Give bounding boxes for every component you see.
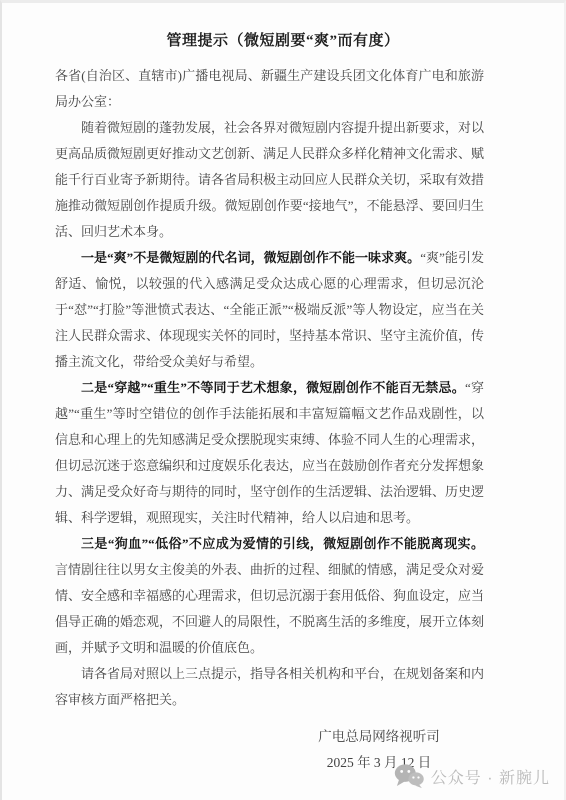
scanned-document-page: 管理提示（微短剧要“爽”而有度） 各省(自治区、直辖市)广播电视局、新疆生产建设… <box>0 0 566 800</box>
paragraph-point-2: 二是“穿越”“重生”不等同于艺术想象，微短剧创作不能百无禁忌。“穿越”“重生”等… <box>55 375 484 531</box>
salutation: 各省(自治区、直辖市)广播电视局、新疆生产建设兵团文化体育广电和旅游局办公室： <box>55 63 484 115</box>
paragraph-text: 随着微短剧的蓬勃发展，社会各界对微短剧内容提升提出新要求，对以更高品质微短剧更好… <box>55 120 484 239</box>
watermark-text: 公众号 · 新腕儿 <box>431 765 550 788</box>
document-title: 管理提示（微短剧要“爽”而有度） <box>2 29 564 50</box>
document-text-block: 各省(自治区、直辖市)广播电视局、新疆生产建设兵团文化体育广电和旅游局办公室： … <box>55 63 484 713</box>
document-body: 管理提示（微短剧要“爽”而有度） 各省(自治区、直辖市)广播电视局、新疆生产建设… <box>2 3 564 776</box>
paragraph-text: “穿越”“重生”等时空错位的创作手法能拓展和丰富短篇幅文艺作品戏剧性，以信息和心… <box>55 380 484 525</box>
watermark: 公众号 · 新腕儿 <box>394 763 550 789</box>
paragraph-point-3: 三是“狗血”“低俗”不应成为爱情的引线，微短剧创作不能脱离现实。言情剧往往以男女… <box>55 531 484 661</box>
paragraph-text: 请各省局对照以上三点提示，指导各相关机构和平台，在规划备案和内容审核方面严格把关… <box>55 666 484 707</box>
paragraph-point-1: 一是“爽”不是微短剧的代名词，微短剧创作不能一味求爽。“爽”能引发舒适、愉悦，以… <box>55 245 484 375</box>
paragraph-text: “爽”能引发舒适、愉悦，以较强的代入感满足受众达成心愿的心理需求，但切忌沉沦于“… <box>55 250 484 369</box>
paragraph-lead: 三是“狗血”“低俗”不应成为爱情的引线，微短剧创作不能脱离现实。 <box>81 536 484 551</box>
issuing-department: 广电总局网络视听司 <box>304 724 454 750</box>
paragraph-text: 言情剧往往以男女主俊美的外表、曲折的过程、细腻的情感，满足受众对爱情、安全感和幸… <box>55 562 484 655</box>
wechat-icon <box>394 763 424 789</box>
paragraph-closing: 请各省局对照以上三点提示，指导各相关机构和平台，在规划备案和内容审核方面严格把关… <box>55 661 484 713</box>
paragraph-lead: 二是“穿越”“重生”不等同于艺术想象，微短剧创作不能百无禁忌。 <box>81 380 465 395</box>
paragraph-lead: 一是“爽”不是微短剧的代名词，微短剧创作不能一味求爽。 <box>81 250 420 265</box>
paragraph-intro: 随着微短剧的蓬勃发展，社会各界对微短剧内容提升提出新要求，对以更高品质微短剧更好… <box>55 115 484 245</box>
